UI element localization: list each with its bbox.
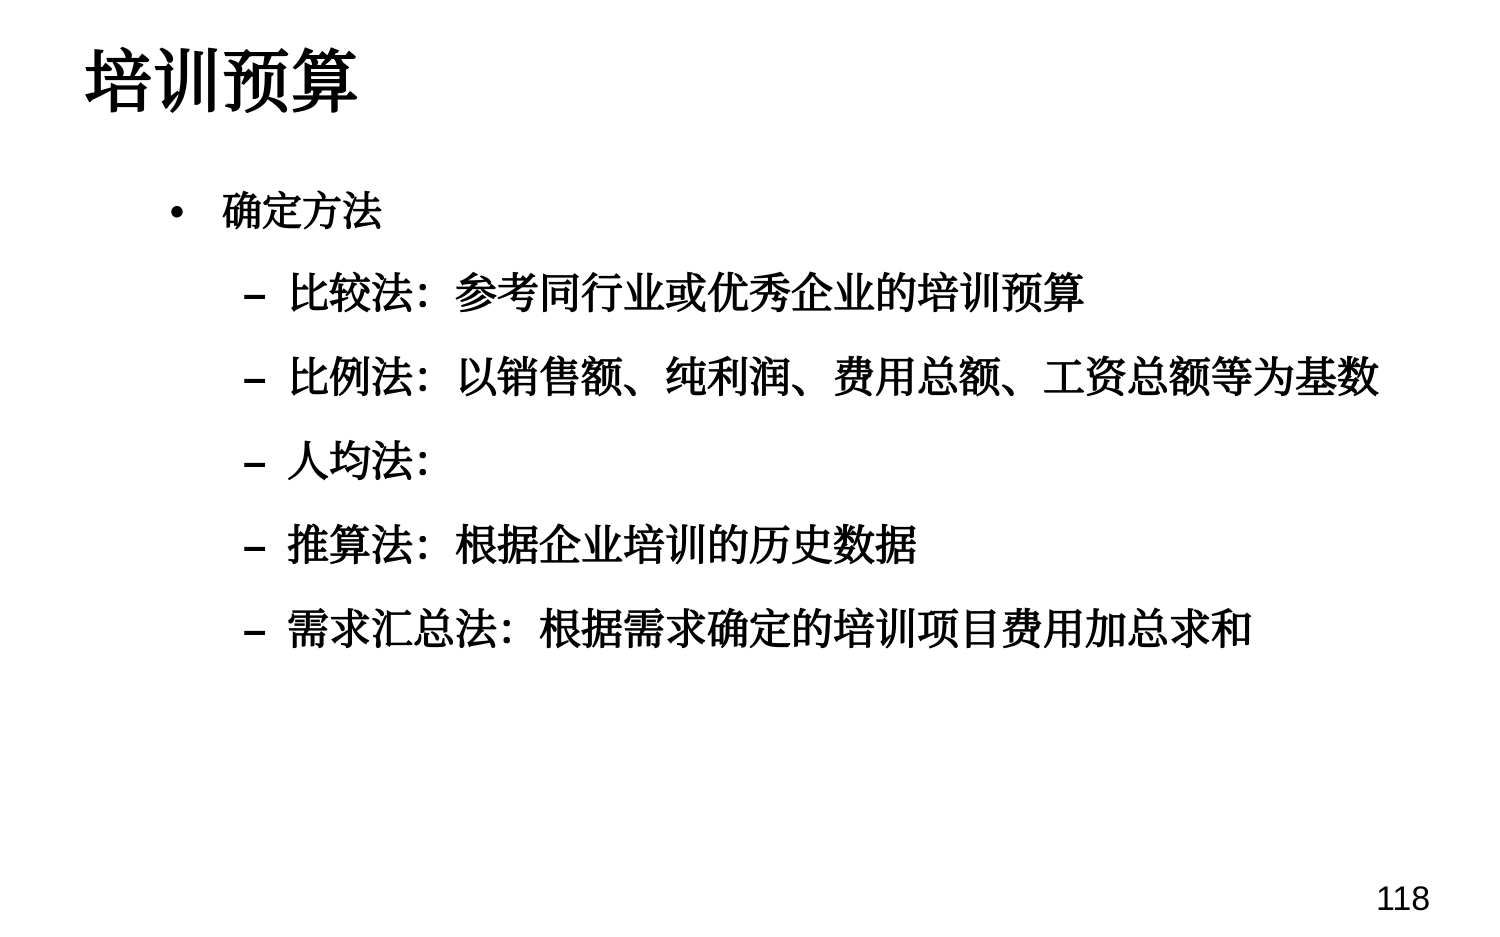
sub-bullet-text: 推算法：根据企业培训的历史数据 — [287, 524, 917, 568]
dash-marker: – — [243, 608, 287, 652]
sub-bullet-text: 比较法：参考同行业或优秀企业的培训预算 — [287, 272, 1085, 316]
dash-marker: – — [243, 524, 287, 568]
sub-bullet-text: 人均法： — [287, 440, 455, 484]
dash-marker: – — [243, 272, 287, 316]
dash-marker: – — [243, 440, 287, 484]
sub-bullet-item: – 比较法：参考同行业或优秀企业的培训预算 — [243, 272, 1379, 316]
bullet-item-level1: • 确定方法 — [170, 190, 382, 234]
sub-bullet-text: 需求汇总法：根据需求确定的培训项目费用加总求和 — [287, 608, 1253, 652]
sub-bullet-text: 比例法：以销售额、纯利润、费用总额、工资总额等为基数 — [287, 356, 1379, 400]
bullet-level1-text: 确定方法 — [222, 190, 382, 234]
sub-bullet-item: – 需求汇总法：根据需求确定的培训项目费用加总求和 — [243, 608, 1379, 652]
presentation-slide: 培训预算 • 确定方法 – 比较法：参考同行业或优秀企业的培训预算 – 比例法：… — [0, 0, 1500, 937]
dash-marker: – — [243, 356, 287, 400]
sub-bullet-item: – 比例法：以销售额、纯利润、费用总额、工资总额等为基数 — [243, 356, 1379, 400]
page-number: 118 — [1376, 882, 1430, 916]
sub-bullet-item: – 推算法：根据企业培训的历史数据 — [243, 524, 1379, 568]
bullet-dot-marker: • — [170, 190, 222, 234]
slide-title: 培训预算 — [84, 48, 360, 119]
sub-bullet-item: – 人均法： — [243, 440, 1379, 484]
sub-bullet-list: – 比较法：参考同行业或优秀企业的培训预算 – 比例法：以销售额、纯利润、费用总… — [243, 272, 1379, 652]
